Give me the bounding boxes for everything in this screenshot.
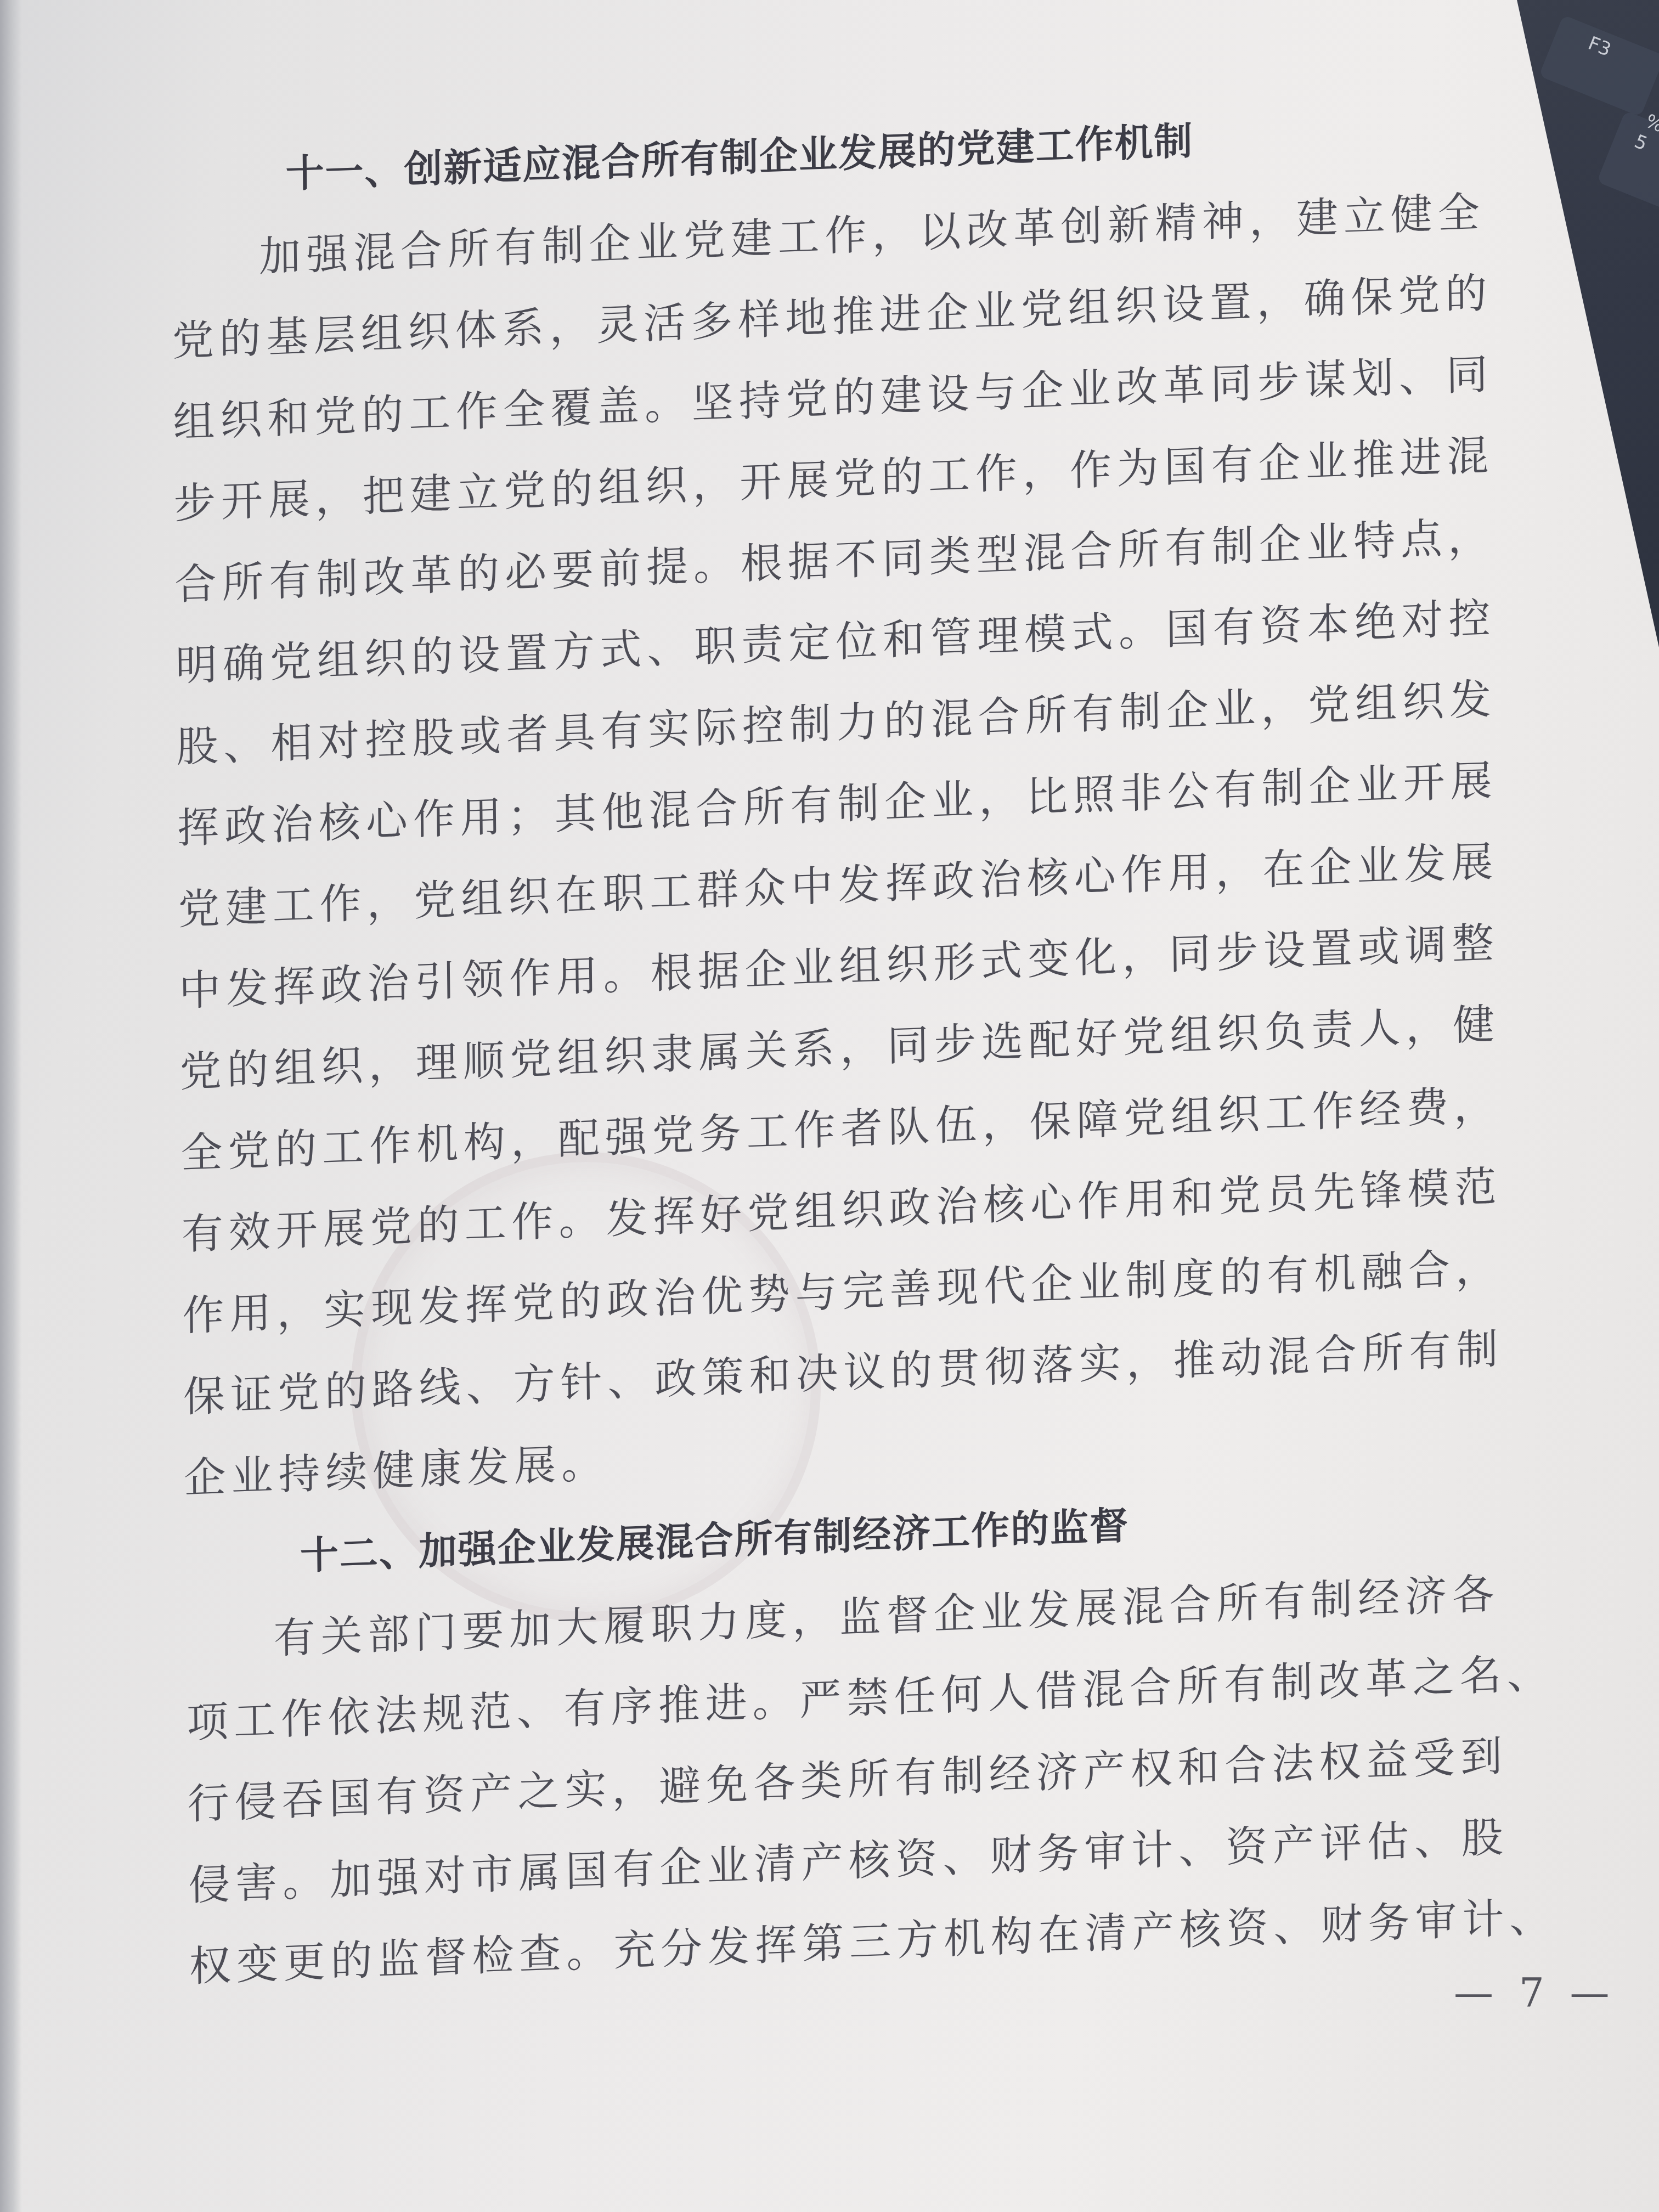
page-edge-shadow — [0, 0, 22, 2212]
document-body: 十一、创新适应混合所有制企业发展的党建工作机制 加强混合所有制企业党建工作，以改… — [170, 86, 1593, 2007]
page-number: — 7 — — [1454, 1970, 1616, 2016]
section-11-paragraph: 加强混合所有制企业党建工作，以改革创新精神，建立健全 党的基层组织体系，灵活多样… — [171, 168, 1588, 1519]
section-12-paragraph: 有关部门要加大履职力度，监督企业发展混合所有制经济各 项工作依法规范、有序推进。… — [185, 1550, 1593, 2007]
document-page: 十一、创新适应混合所有制企业发展的党建工作机制 加强混合所有制企业党建工作，以改… — [0, 0, 1659, 2212]
keyboard-key-f3 — [1539, 15, 1659, 117]
